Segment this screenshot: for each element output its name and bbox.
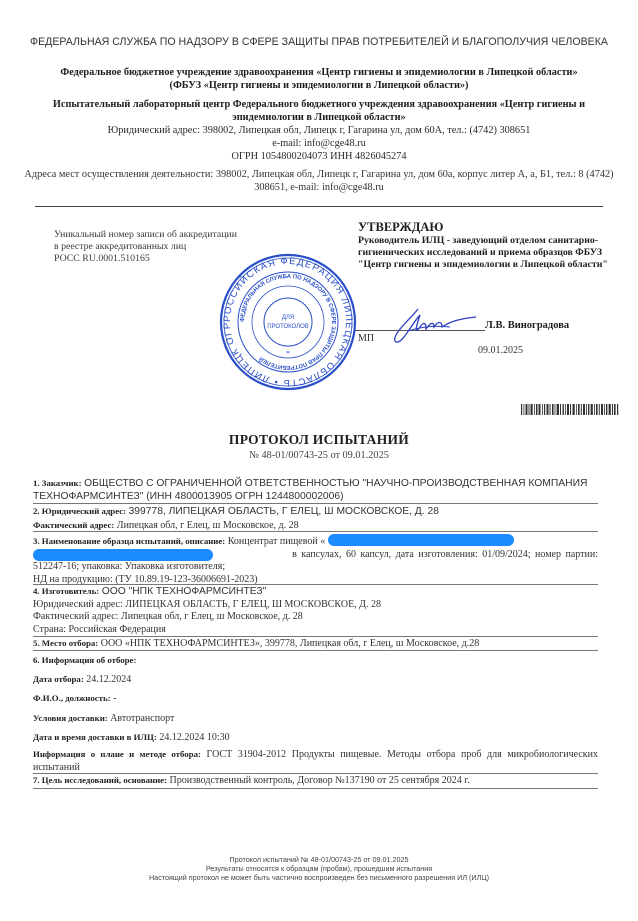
delivery-datetime-label: Дата и время доставки в ИЛЦ:	[33, 732, 157, 742]
footer-results-note: Результаты относятся к образцам (пробам)…	[0, 864, 638, 873]
lab-ogrn-inn: ОГРН 1054800204073 ИНН 4826045274	[20, 150, 618, 163]
section-sampling-place: 5. Место отбора: ООО «НПК ТЕХНОФАРМСИНТЕ…	[33, 637, 598, 651]
manufacturer-label: 4. Изготовитель:	[33, 586, 99, 596]
manufacturer-country: Страна: Российская Федерация	[33, 624, 598, 637]
section-sample: 3. Наименование образца испытаний, описа…	[33, 534, 598, 586]
approval-position: Руководитель ИЛЦ - заведующий отделом са…	[358, 235, 628, 272]
sample-batch-packaging: 512247-16; упаковка: Упаковка изготовите…	[33, 561, 598, 574]
svg-text:*: *	[286, 349, 290, 358]
agency-heading: ФЕДЕРАЛЬНАЯ СЛУЖБА ПО НАДЗОРУ В СФЕРЕ ЗА…	[20, 36, 618, 49]
sampling-date-value: 24.12.2024	[86, 674, 131, 685]
purpose-value: Производственный контроль, Договор №1371…	[170, 775, 470, 786]
manufacturer-value: ООО "НПК ТЕХНОФАРМСИНТЕЗ"	[102, 586, 267, 597]
sampling-place-label: 5. Место отбора:	[33, 638, 98, 648]
svg-text:ДЛЯ: ДЛЯ	[282, 315, 294, 321]
legal-address-value: 399778, ЛИПЕЦКАЯ ОБЛАСТЬ, Г ЕЛЕЦ, Ш МОСК…	[129, 506, 439, 517]
approval-date: 09.01.2025	[478, 345, 523, 356]
signer-name: Л.В. Виноградова	[485, 320, 569, 331]
seal-place-label: МП	[358, 333, 374, 344]
delivery-datetime-value: 24.12.2024 10:30	[159, 732, 229, 743]
sampling-place-value: ООО «НПК ТЕХНОФАРМСИНТЕЗ», 399778, Липец…	[101, 638, 480, 649]
signature-icon	[390, 305, 485, 350]
section-divider	[33, 531, 598, 532]
delivery-conditions-value: Автотранспорт	[110, 713, 174, 724]
section-divider	[33, 788, 598, 789]
section-purpose: 7. Цель исследований, основание: Произво…	[33, 774, 598, 788]
delivery-conditions-label: Условия доставки:	[33, 713, 108, 723]
actual-address-label: Фактический адрес:	[33, 520, 114, 530]
sampler-value: -	[113, 693, 116, 704]
lab-info: Испытательный лабораторный центр Федерал…	[20, 98, 618, 163]
manufacturer-actual-address: Фактический адрес: Липецкая обл, г Елец,…	[33, 611, 598, 624]
sample-label: 3. Наименование образца испытаний, описа…	[33, 536, 225, 546]
lab-name: Испытательный лабораторный центр Федерал…	[20, 98, 618, 124]
sampling-info-label: 6. Информация об отборе:	[33, 651, 598, 670]
section-manufacturer: 4. Изготовитель: ООО "НПК ТЕХНОФАРМСИНТЕ…	[33, 585, 598, 636]
institution-heading: Федеральное бюджетное учреждение здравоо…	[10, 66, 628, 92]
header-divider	[35, 206, 603, 207]
footer-protocol-ref: Протокол испытаний № 48-01/00743-25 от 0…	[0, 855, 638, 864]
redacted-block	[328, 534, 514, 546]
official-stamp-icon: РОССИЙСКАЯ ФЕДЕРАЦИЯ ЛИПЕЦКАЯ ОБЛАСТЬ • …	[218, 252, 358, 392]
section-divider	[33, 503, 598, 504]
purpose-label: 7. Цель исследований, основание:	[33, 775, 167, 785]
barcode-icon	[521, 402, 619, 413]
section-sampling-info: 6. Информация об отборе: Дата отбора: 24…	[33, 651, 598, 748]
sample-value-start: Концентрат пищевой «	[228, 536, 326, 547]
activity-addresses: Адреса мест осуществления деятельности: …	[10, 168, 628, 194]
lab-email: e-mail: info@cge48.ru	[20, 137, 618, 150]
protocol-title: ПРОТОКОЛ ИСПЫТАНИЙ	[0, 432, 638, 448]
sampler-label: Ф.И.О., должность:	[33, 693, 111, 703]
manufacturer-legal-address: Юридический адрес: ЛИПЕЦКАЯ ОБЛАСТЬ, Г Е…	[33, 599, 598, 612]
sampling-date-label: Дата отбора:	[33, 674, 84, 684]
customer-value: ОБЩЕСТВО С ОГРАНИЧЕННОЙ ОТВЕТСТВЕННОСТЬЮ…	[33, 478, 587, 502]
sampling-method-label: Информация о плане и методе отбора:	[33, 749, 201, 759]
svg-text:ПРОТОКОЛОВ: ПРОТОКОЛОВ	[267, 324, 309, 330]
protocol-number: № 48-01/00743-25 от 09.01.2025	[0, 450, 638, 461]
page-footer: Протокол испытаний № 48-01/00743-25 от 0…	[0, 855, 638, 883]
accreditation-line1: Уникальный номер записи об аккредитации	[54, 229, 294, 241]
customer-label: 1. Заказчик:	[33, 478, 82, 488]
institution-name: Федеральное бюджетное учреждение здравоо…	[10, 66, 628, 79]
sampling-method: Информация о плане и методе отбора: ГОСТ…	[33, 748, 598, 774]
sample-value-cont: в капсулах, 60 капсул, дата изготовления…	[292, 549, 598, 562]
section-legal-address: 2. Юридический адрес: 399778, ЛИПЕЦКАЯ О…	[33, 505, 598, 532]
legal-address-label: 2. Юридический адрес:	[33, 506, 126, 516]
section-customer: 1. Заказчик: ОБЩЕСТВО С ОГРАНИЧЕННОЙ ОТВ…	[33, 477, 598, 503]
approval-title: УТВЕРЖДАЮ	[358, 219, 628, 235]
approval-block: УТВЕРЖДАЮ Руководитель ИЛЦ - заведующий …	[358, 219, 628, 272]
footer-reproduction-note: Настоящий протокол не может быть частичн…	[0, 873, 638, 882]
actual-address-value: Липецкая обл, г Елец, ш Московское, д. 2…	[117, 520, 299, 531]
redacted-block	[33, 549, 213, 561]
institution-short-name: (ФБУЗ «Центр гигиены и эпидемиологии в Л…	[10, 79, 628, 92]
lab-legal-address: Юридический адрес: 398002, Липецкая обл,…	[20, 124, 618, 137]
